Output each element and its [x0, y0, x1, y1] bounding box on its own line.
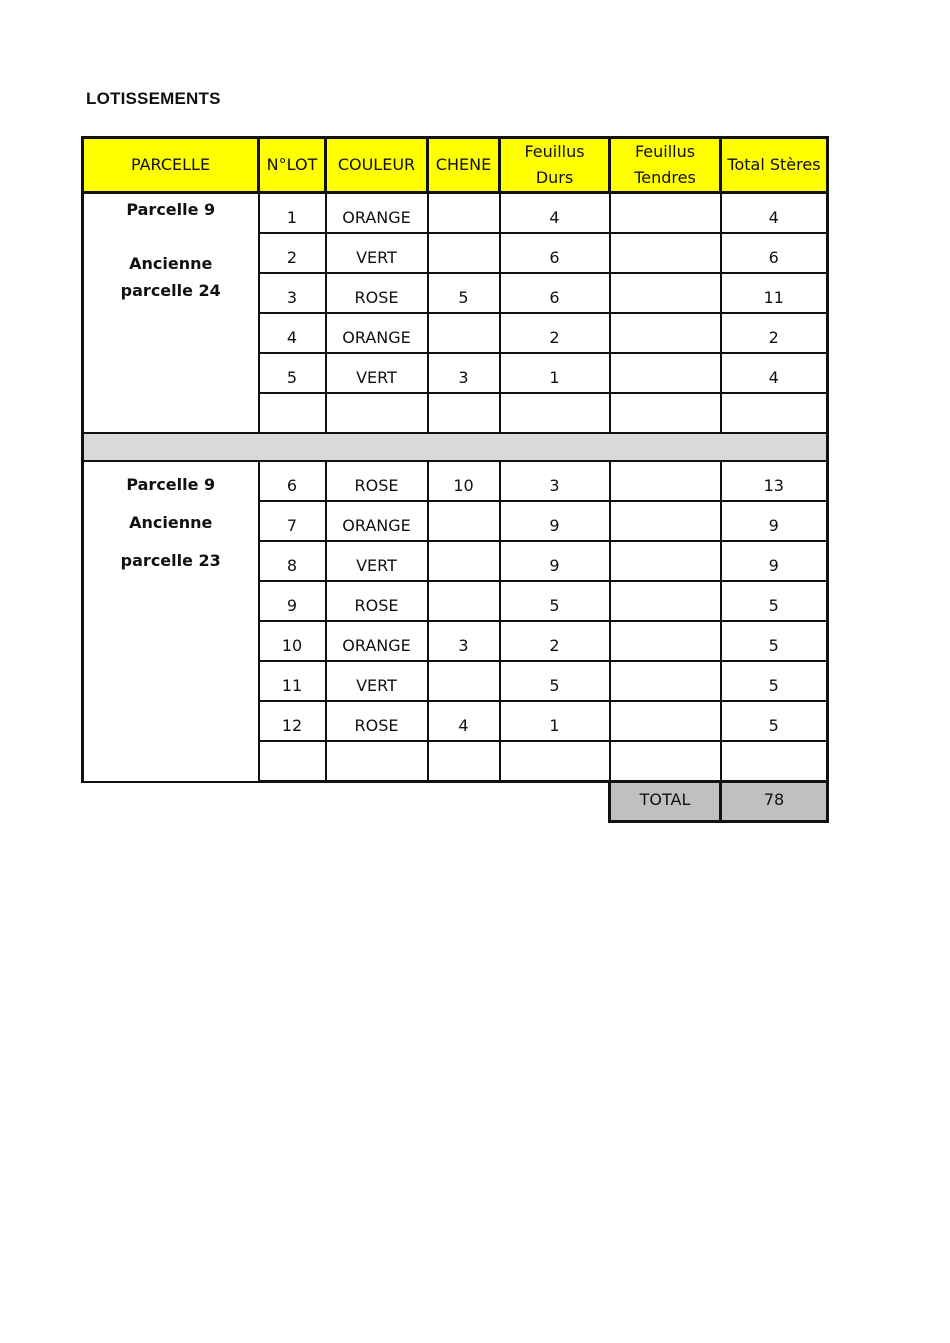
lot-cell: 9: [259, 581, 326, 621]
chene-cell: 5: [428, 273, 500, 313]
chene-cell: [428, 193, 500, 234]
parcelle-line: Ancienne: [84, 252, 258, 279]
chene-cell: [428, 581, 500, 621]
total-cell: 2: [721, 313, 828, 353]
feuillus-tendres-cell: [610, 661, 721, 701]
feuillus-durs-cell: 4: [500, 193, 610, 234]
feuillus-tendres-cell: [610, 461, 721, 501]
parcelle-line: Parcelle 9: [84, 466, 258, 504]
total-cell: 11: [721, 273, 828, 313]
chene-cell: [428, 741, 500, 782]
chene-cell: 3: [428, 353, 500, 393]
couleur-cell: VERT: [326, 233, 428, 273]
feuillus-durs-cell: 5: [500, 661, 610, 701]
couleur-cell: ROSE: [326, 273, 428, 313]
lot-cell: 10: [259, 621, 326, 661]
total-cell: 13: [721, 461, 828, 501]
couleur-cell: ROSE: [326, 461, 428, 501]
feuillus-durs-cell: 6: [500, 273, 610, 313]
table-row: Parcelle 9Ancienneparcelle 241ORANGE44: [83, 193, 828, 234]
total-cell: 9: [721, 501, 828, 541]
chene-cell: [428, 501, 500, 541]
parcelle-line: Ancienne: [84, 504, 258, 542]
feuillus-tendres-cell: [610, 393, 721, 433]
feuillus-durs-cell: 6: [500, 233, 610, 273]
total-label: TOTAL: [610, 782, 721, 822]
feuillus-durs-cell: 9: [500, 541, 610, 581]
total-cell: 9: [721, 541, 828, 581]
total-cell: [721, 741, 828, 782]
lot-cell: 2: [259, 233, 326, 273]
header-total-steres: Total Stères: [721, 138, 828, 193]
feuillus-tendres-cell: [610, 273, 721, 313]
lot-cell: 1: [259, 193, 326, 234]
couleur-cell: ROSE: [326, 581, 428, 621]
chene-cell: [428, 661, 500, 701]
total-cell: 5: [721, 661, 828, 701]
header-lot: N°LOT: [259, 138, 326, 193]
header-parcelle: PARCELLE: [83, 138, 259, 193]
lot-cell: 8: [259, 541, 326, 581]
total-cell: 5: [721, 581, 828, 621]
feuillus-tendres-cell: [610, 621, 721, 661]
couleur-cell: ORANGE: [326, 193, 428, 234]
chene-cell: [428, 541, 500, 581]
total-cell: 6: [721, 233, 828, 273]
parcelle-line: parcelle 23: [84, 542, 258, 580]
feuillus-durs-cell: 1: [500, 701, 610, 741]
parcelle-cell: Parcelle 9Ancienneparcelle 23: [83, 461, 259, 782]
group-separator: [83, 433, 828, 461]
feuillus-durs-cell: 3: [500, 461, 610, 501]
couleur-cell: VERT: [326, 541, 428, 581]
header-couleur: COULEUR: [326, 138, 428, 193]
couleur-cell: ROSE: [326, 701, 428, 741]
couleur-cell: ORANGE: [326, 501, 428, 541]
header-feuillus-tendres: Feuillus Tendres: [610, 138, 721, 193]
lot-cell: 3: [259, 273, 326, 313]
chene-cell: 10: [428, 461, 500, 501]
chene-cell: 3: [428, 621, 500, 661]
couleur-cell: [326, 741, 428, 782]
couleur-cell: [326, 393, 428, 433]
lot-cell: 11: [259, 661, 326, 701]
lot-cell: [259, 741, 326, 782]
feuillus-tendres-cell: [610, 501, 721, 541]
separator-cell: [83, 433, 828, 461]
chene-cell: [428, 313, 500, 353]
total-cell: 5: [721, 621, 828, 661]
table-row: Parcelle 9Ancienneparcelle 236ROSE10313: [83, 461, 828, 501]
total-value: 78: [721, 782, 828, 822]
total-cell: 4: [721, 193, 828, 234]
feuillus-durs-cell: 5: [500, 581, 610, 621]
header-feuillus-durs: Feuillus Durs: [500, 138, 610, 193]
feuillus-durs-cell: [500, 393, 610, 433]
lotissements-table: PARCELLE N°LOT COULEUR CHENE Feuillus Du…: [81, 136, 829, 823]
feuillus-durs-cell: 9: [500, 501, 610, 541]
couleur-cell: VERT: [326, 353, 428, 393]
lot-cell: 5: [259, 353, 326, 393]
lot-cell: [259, 393, 326, 433]
couleur-cell: VERT: [326, 661, 428, 701]
feuillus-durs-cell: 1: [500, 353, 610, 393]
chene-cell: 4: [428, 701, 500, 741]
feuillus-durs-cell: 2: [500, 313, 610, 353]
feuillus-tendres-cell: [610, 741, 721, 782]
page-title: LOTISSEMENTS: [86, 89, 221, 109]
total-cell: [721, 393, 828, 433]
feuillus-durs-cell: 2: [500, 621, 610, 661]
total-spacer: [83, 782, 610, 822]
feuillus-durs-cell: [500, 741, 610, 782]
feuillus-tendres-cell: [610, 353, 721, 393]
couleur-cell: ORANGE: [326, 313, 428, 353]
feuillus-tendres-cell: [610, 541, 721, 581]
feuillus-tendres-cell: [610, 581, 721, 621]
chene-cell: [428, 393, 500, 433]
header-row: PARCELLE N°LOT COULEUR CHENE Feuillus Du…: [83, 138, 828, 193]
parcelle-line: [84, 225, 258, 252]
couleur-cell: ORANGE: [326, 621, 428, 661]
feuillus-tendres-cell: [610, 701, 721, 741]
lot-cell: 4: [259, 313, 326, 353]
parcelle-cell: Parcelle 9Ancienneparcelle 24: [83, 193, 259, 434]
chene-cell: [428, 233, 500, 273]
feuillus-tendres-cell: [610, 313, 721, 353]
lot-cell: 7: [259, 501, 326, 541]
total-cell: 4: [721, 353, 828, 393]
lot-cell: 12: [259, 701, 326, 741]
feuillus-tendres-cell: [610, 193, 721, 234]
total-row: TOTAL78: [83, 782, 828, 822]
total-cell: 5: [721, 701, 828, 741]
header-chene: CHENE: [428, 138, 500, 193]
feuillus-tendres-cell: [610, 233, 721, 273]
lot-cell: 6: [259, 461, 326, 501]
parcelle-line: Parcelle 9: [84, 198, 258, 225]
parcelle-line: parcelle 24: [84, 279, 258, 306]
